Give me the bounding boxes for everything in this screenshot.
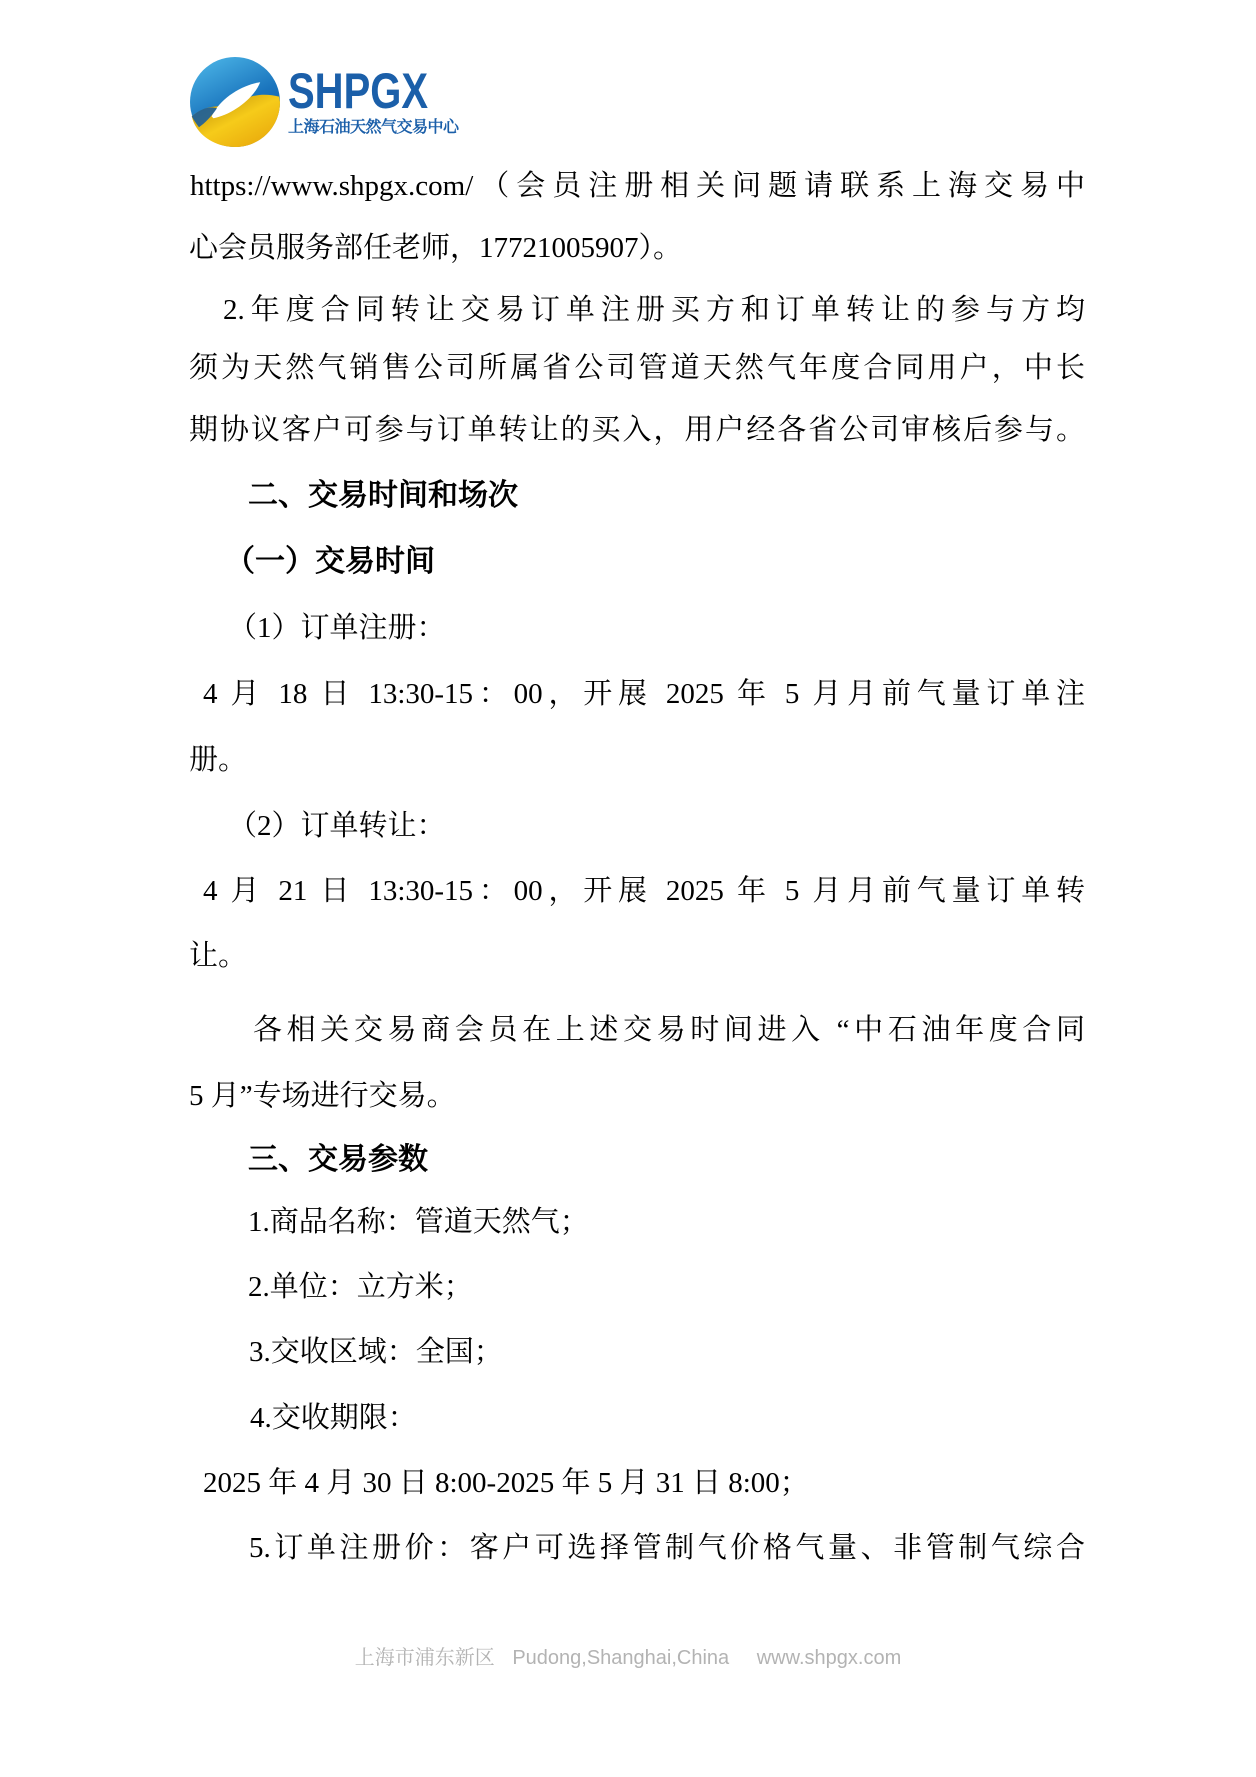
- document-line-10: 册。: [189, 742, 247, 778]
- document-line-6: 二、交易时间和场次: [248, 478, 518, 514]
- footer-website: www.shpgx.com: [757, 1647, 902, 1669]
- document-page: SHPGX 上海石油天然气交易中心 https://www.shpgx.com/…: [0, 0, 1256, 1777]
- document-body: https://www.shpgx.com/（会员注册相关问题请联系上海交易中心…: [0, 0, 1256, 1777]
- document-line-16: 三、交易参数: [248, 1142, 428, 1178]
- document-line-15: 5 月”专场进行交易。: [189, 1078, 456, 1114]
- document-line-22: 5.订单注册价：客户可选择管制气价格气量、非管制气综合: [249, 1530, 1085, 1566]
- document-line-11: （2）订单转让：: [228, 808, 446, 844]
- document-line-12: 4 月 21 日 13:30-15：00，开展 2025 年 5 月月前气量订单…: [203, 873, 1085, 909]
- document-line-20: 4.交收期限：: [250, 1400, 417, 1436]
- document-line-1: https://www.shpgx.com/（会员注册相关问题请联系上海交易中: [190, 168, 1085, 204]
- document-line-4: 须为天然气销售公司所属省公司管道天然气年度合同用户，中长: [189, 350, 1085, 386]
- footer-location-en: Pudong,Shanghai,China: [512, 1647, 729, 1669]
- document-line-21: 2025 年 4 月 30 日 8:00-2025 年 5 月 31 日 8:0…: [203, 1465, 809, 1501]
- document-line-7: （一）交易时间: [225, 544, 435, 580]
- document-line-18: 2.单位：立方米；: [248, 1269, 473, 1305]
- document-line-17: 1.商品名称：管道天然气；: [248, 1204, 589, 1240]
- footer-location-cn: 上海市浦东新区: [355, 1647, 495, 1669]
- document-line-8: （1）订单注册：: [228, 610, 446, 646]
- document-line-19: 3.交收区域：全国；: [249, 1334, 503, 1370]
- document-line-9: 4 月 18 日 13:30-15：00，开展 2025 年 5 月月前气量订单…: [203, 676, 1085, 712]
- document-line-13: 让。: [189, 938, 247, 974]
- document-line-14: 各相关交易商会员在上述交易时间进入 “中石油年度合同: [253, 1012, 1085, 1048]
- footer: 上海市浦东新区 Pudong,Shanghai,China www.shpgx.…: [0, 1646, 1256, 1670]
- document-line-2: 心会员服务部任老师，17721005907）。: [189, 230, 682, 266]
- document-line-3: 2.年度合同转让交易订单注册买方和订单转让的参与方均: [223, 292, 1085, 328]
- document-line-5: 期协议客户可参与订单转让的买入，用户经各省公司审核后参与。: [189, 412, 1085, 448]
